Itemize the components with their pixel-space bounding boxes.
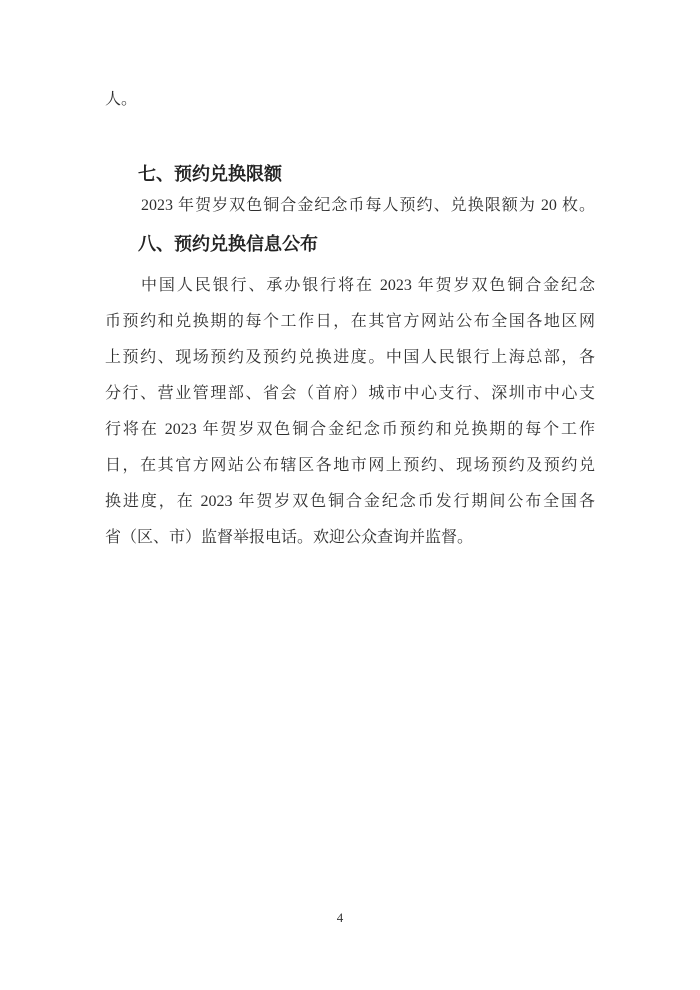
paragraph-line: 日，在其官方网站公布辖区各地市网上预约、现场预约及预约兑 bbox=[105, 448, 595, 484]
paragraph-line: 行将在 2023 年贺岁双色铜合金纪念币预约和兑换期的每个工作 bbox=[105, 412, 595, 448]
continued-paragraph-text: 人。 bbox=[105, 82, 595, 118]
section-7-paragraph: 2023 年贺岁双色铜合金纪念币每人预约、兑换限额为 20 枚。 bbox=[105, 188, 595, 224]
paragraph-line: 换进度，在 2023 年贺岁双色铜合金纪念币发行期间公布全国各 bbox=[105, 484, 595, 520]
section-7-heading: 七、预约兑换限额 bbox=[105, 156, 628, 192]
paragraph-line: 上预约、现场预约及预约兑换进度。中国人民银行上海总部，各 bbox=[105, 340, 595, 376]
section-8-heading: 八、预约兑换信息公布 bbox=[105, 226, 628, 262]
paragraph-line: 中国人民银行、承办银行将在 2023 年贺岁双色铜合金纪念 bbox=[105, 268, 595, 304]
paragraph-line: 币预约和兑换期的每个工作日，在其官方网站公布全国各地区网 bbox=[105, 304, 595, 340]
document-page: 人。 七、预约兑换限额 2023 年贺岁双色铜合金纪念币每人预约、兑换限额为 2… bbox=[0, 0, 700, 990]
paragraph-line: 分行、营业管理部、省会（首府）城市中心支行、深圳市中心支 bbox=[105, 376, 595, 412]
section-8-paragraph: 中国人民银行、承办银行将在 2023 年贺岁双色铜合金纪念 币预约和兑换期的每个… bbox=[105, 268, 595, 556]
page-number: 4 bbox=[0, 906, 680, 930]
paragraph-line-last: 省（区、市）监督举报电话。欢迎公众查询并监督。 bbox=[105, 520, 595, 556]
